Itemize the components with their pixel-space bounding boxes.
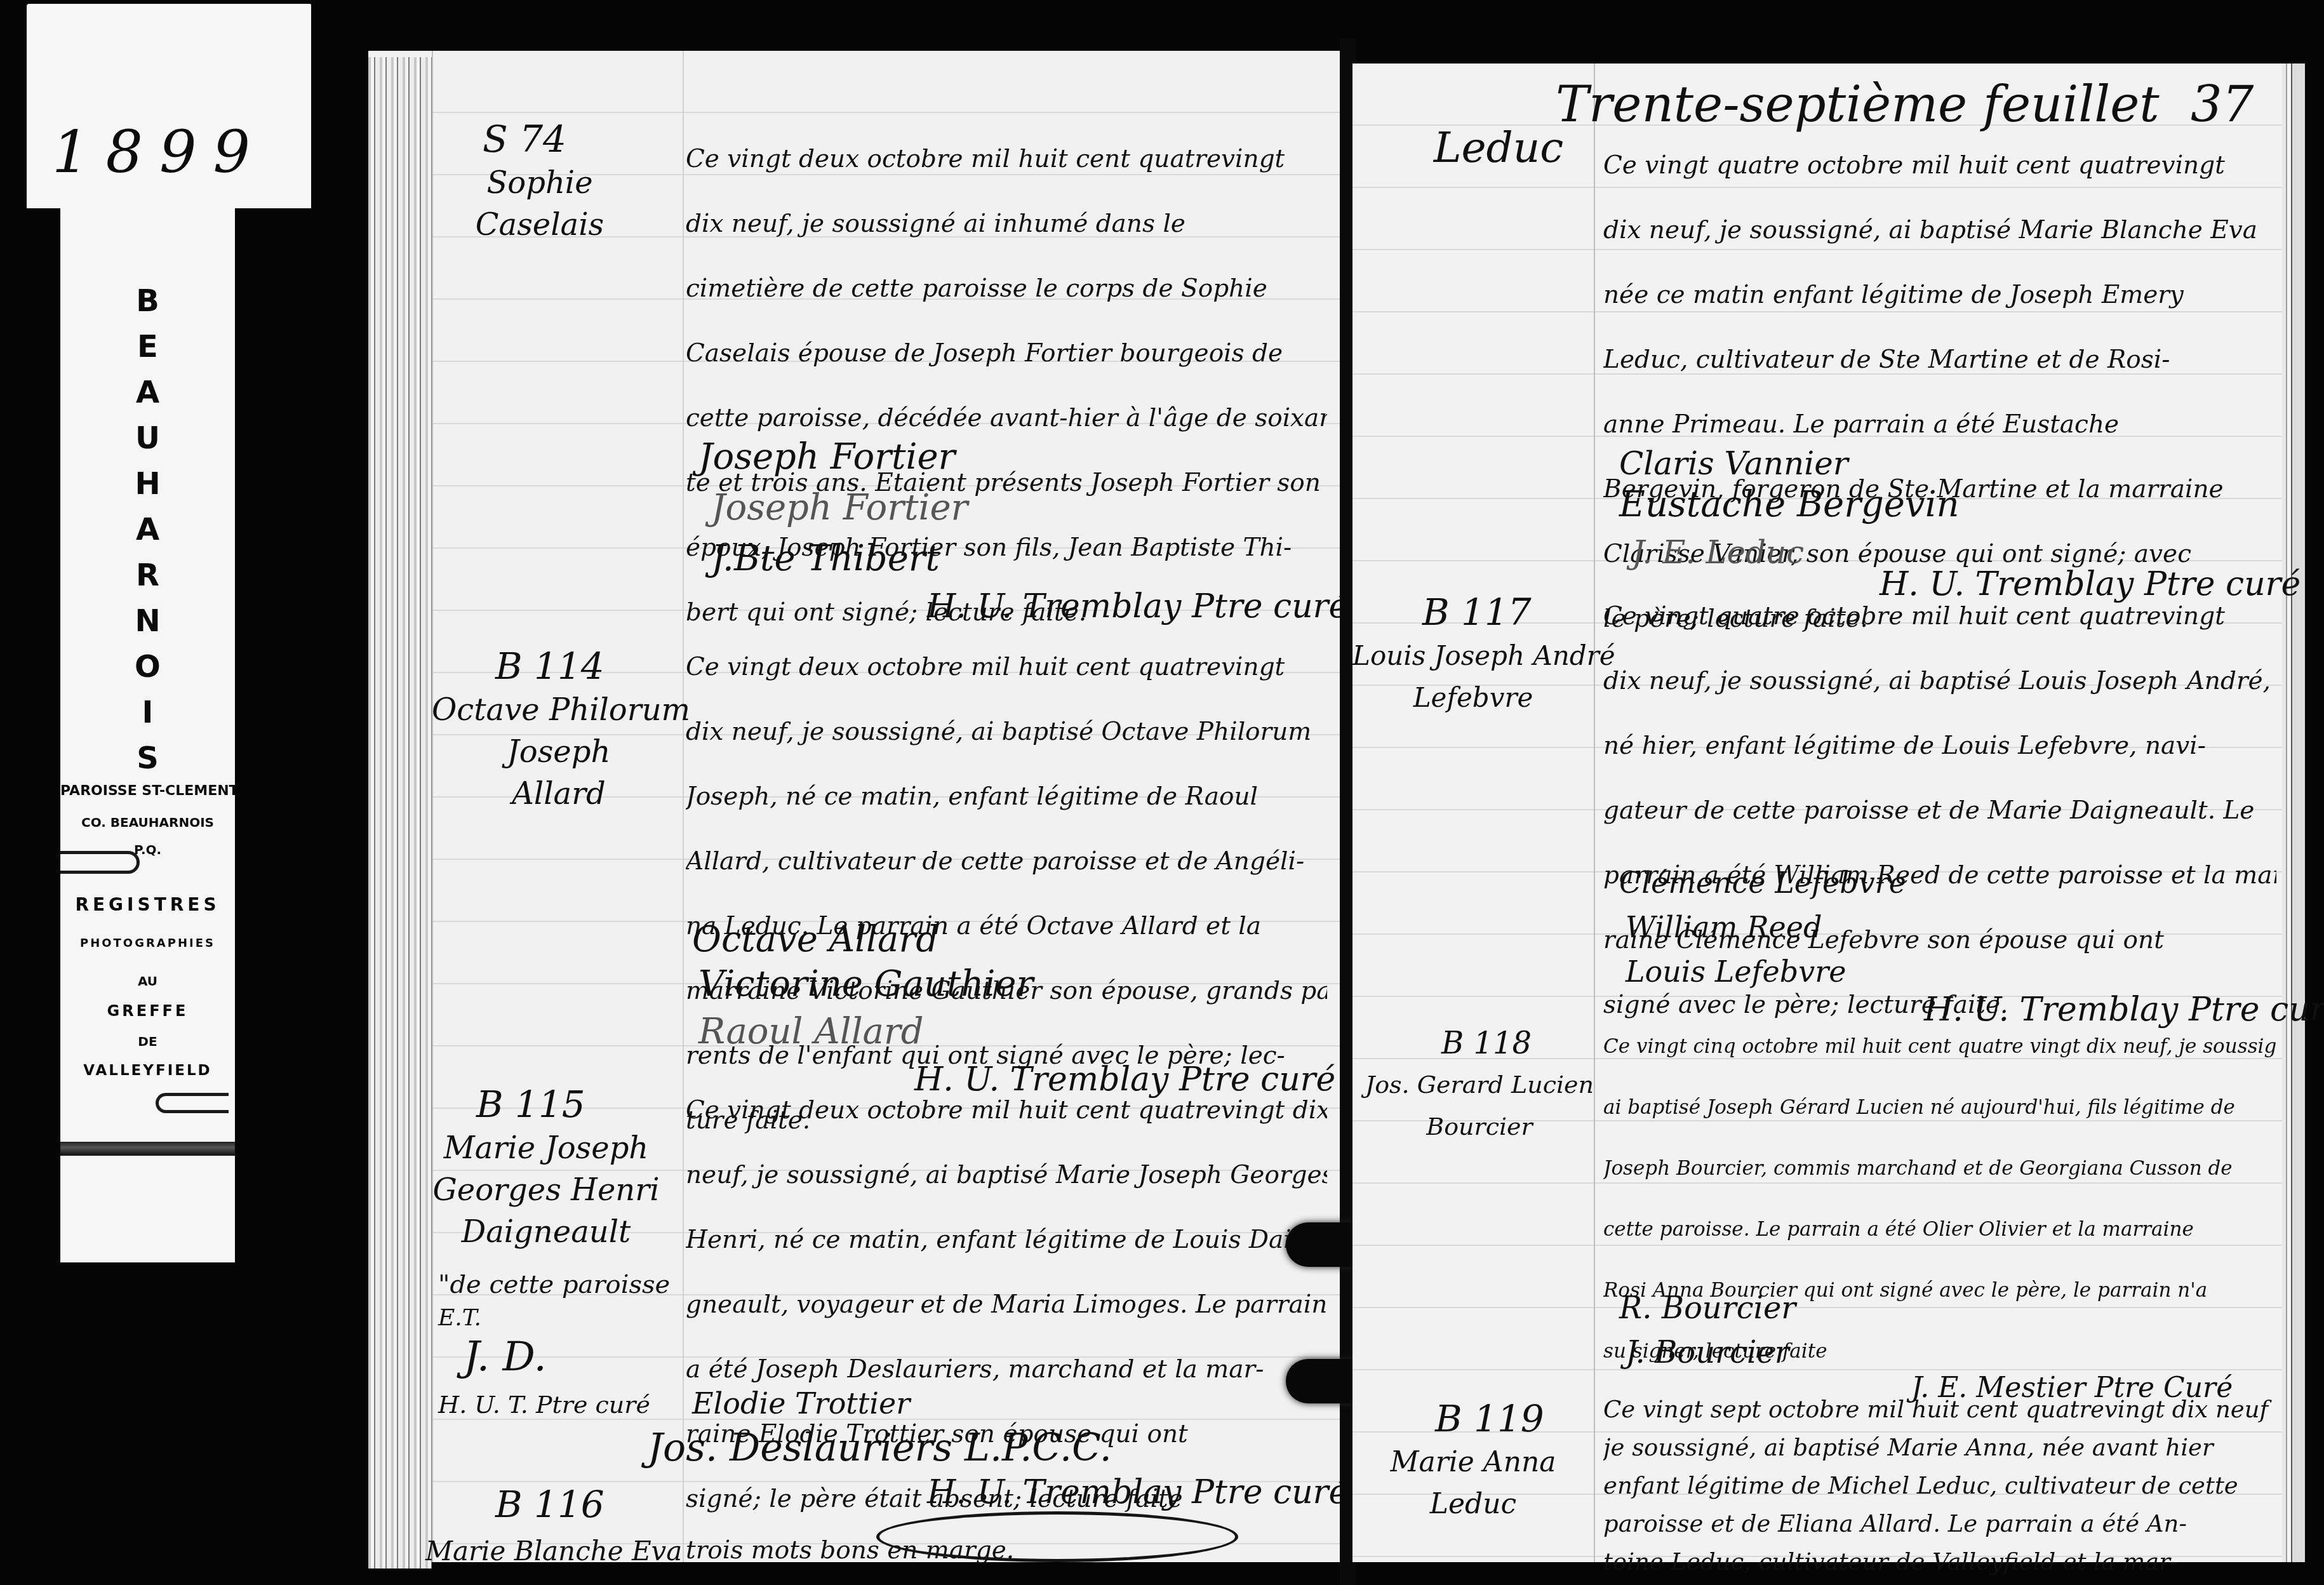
folio-header: Trente-septième feuillet <box>1556 76 2160 133</box>
entry-id: B 114 <box>495 645 604 688</box>
entry-id: B 117 <box>1422 591 1532 634</box>
text-line: cette paroisse. Le parrain a été Olier O… <box>1603 1199 2276 1260</box>
text-line: neuf, je soussigné, ai baptisé Marie Jos… <box>686 1143 1327 1208</box>
text-line: toine Leduc, cultivateur de Valleyfield … <box>1603 1543 2276 1581</box>
text-line: Ce vingt quatre octobre mil huit cent qu… <box>1603 584 2276 649</box>
text-line: Allard, cultivateur de cette paroisse et… <box>686 829 1327 894</box>
paperclip-icon <box>60 851 140 874</box>
name-line: Marie Anna <box>1359 1441 1587 1483</box>
county-label: CO. BEAUHARNOIS <box>60 815 235 830</box>
text-line: enfant légitime de Michel Leduc, cultiva… <box>1603 1467 2276 1505</box>
margin-note: "de cette paroisse <box>438 1270 670 1299</box>
vertical-title-letter: N <box>60 598 235 644</box>
entry-name: Sophie Caselais <box>438 162 641 246</box>
text-line: je soussigné, ai baptisé Marie Anna, née… <box>1603 1429 2276 1467</box>
name-line: Georges Henri <box>425 1169 667 1211</box>
vertical-title-letter: H <box>60 461 235 507</box>
text-line: gateur de cette paroisse et de Marie Dai… <box>1603 779 2276 843</box>
name-line: Louis Joseph André <box>1352 635 1594 677</box>
text-line: née ce matin enfant légitime de Joseph E… <box>1603 263 2276 328</box>
signature: Victorine Gauthier <box>698 959 1033 1010</box>
entry-text: Ce vingt sept octobre mil huit cent quat… <box>1603 1391 2276 1581</box>
name-line: Allard <box>432 773 686 815</box>
signature: J. Bourcier <box>1626 1327 1789 1378</box>
text-line: Caselais épouse de Joseph Fortier bourge… <box>686 321 1327 386</box>
vertical-title-letter: R <box>60 552 235 598</box>
text-line: Ce vingt deux octobre mil huit cent quat… <box>686 127 1327 192</box>
name-line: Sophie <box>438 162 641 204</box>
name-line: Lefebvre <box>1352 677 1594 719</box>
signature: J. E. Leduc <box>1632 527 1804 578</box>
entry-id: B 116 <box>495 1483 604 1526</box>
paperclip-icon <box>156 1093 229 1113</box>
text-line: dix neuf, je soussigné ai inhumé dans le <box>686 192 1327 257</box>
page-stack-edges <box>368 57 432 1568</box>
signature: Louis Lefebvre <box>1626 946 1846 997</box>
entry-id: B 119 <box>1435 1397 1544 1440</box>
photographies-label: PHOTOGRAPHIES <box>60 937 235 950</box>
name-line: Jos. Gerard Lucien <box>1359 1064 1600 1106</box>
text-line: ai baptisé Joseph Gérard Lucien né aujou… <box>1603 1077 2276 1138</box>
entry-id: B 115 <box>476 1083 585 1126</box>
text-line: Leduc, cultivateur de Ste Martine et de … <box>1603 328 2276 392</box>
text-line: Ce vingt deux octobre mil huit cent quat… <box>686 635 1327 700</box>
vertical-title-letter: S <box>60 735 235 781</box>
margin-note: H. U. T. Ptre curé <box>438 1391 650 1419</box>
priest-signature: H. U. Tremblay Ptre curé <box>927 587 1348 625</box>
vertical-title-letter: O <box>60 644 235 690</box>
text-line: Joseph, né ce matin, enfant légitime de … <box>686 765 1327 829</box>
valleyfield-label: VALLEYFIELD <box>60 1062 235 1079</box>
margin-note: J. D. <box>464 1334 547 1381</box>
archive-label-strip: BEAUHARNOIS PAROISSE ST-CLEMENT CO. BEAU… <box>60 208 235 1262</box>
text-line: dix neuf, je soussigné, ai baptisé Marie… <box>1603 198 2276 263</box>
text-line: Ce vingt cinq octobre mil huit cent quat… <box>1603 1016 2276 1077</box>
entry-name: Octave Philorum Joseph Allard <box>432 689 686 815</box>
text-line: cimetière de cette paroisse le corps de … <box>686 257 1327 321</box>
left-page: S 74 Sophie Caselais Ce vingt deux octob… <box>368 51 1346 1562</box>
page-stack-edges <box>2282 64 2305 1562</box>
signature: Elodie Trottier <box>692 1378 910 1429</box>
signature: R. Bourcier <box>1619 1283 1796 1334</box>
vertical-title-letter: A <box>60 507 235 552</box>
vertical-title-letter: E <box>60 324 235 370</box>
page-number: 37 <box>2191 76 2254 133</box>
year-card: 1899 <box>27 4 311 208</box>
name-line: Octave Philorum <box>432 689 686 731</box>
signature: Jos. Deslauriers L.P.C.C. <box>648 1422 1112 1473</box>
text-line: gneault, voyageur et de Maria Limoges. L… <box>686 1273 1327 1337</box>
registres-label: REGISTRES <box>60 894 235 915</box>
parish-label: PAROISSE ST-CLEMENT <box>60 783 235 799</box>
signature: Joseph Fortier <box>711 483 968 533</box>
name-line: Bourcier <box>1359 1106 1600 1147</box>
greffe-label: GREFFE <box>60 1002 235 1020</box>
name-line: Caselais <box>438 204 641 246</box>
signature: Eustache Bergevin <box>1619 479 1960 530</box>
text-line: Joseph Bourcier, commis marchand et de G… <box>1603 1138 2276 1199</box>
right-page: Trente-septième feuillet 37 Leduc Ce vin… <box>1352 64 2305 1562</box>
entry-name: Marie Joseph Georges Henri Daigneault <box>425 1127 667 1253</box>
text-line: dix neuf, je soussigné, ai baptisé Louis… <box>1603 649 2276 714</box>
entry-name: Jos. Gerard Lucien Bourcier <box>1359 1064 1600 1147</box>
vertical-title-letter: A <box>60 370 235 415</box>
name-line: Leduc <box>1359 1483 1587 1525</box>
text-line: né hier, enfant légitime de Louis Lefebv… <box>1603 714 2276 779</box>
entry-name: Marie Anna Leduc <box>1359 1441 1587 1525</box>
signature: Clémence Lefebvre <box>1619 857 1906 908</box>
signature: Raoul Allard <box>698 1007 924 1057</box>
name-line: Daigneault <box>425 1211 667 1253</box>
au-label: AU <box>60 973 235 989</box>
text-line: paroisse et de Eliana Allard. Le parrain… <box>1603 1505 2276 1543</box>
entry-id: B 118 <box>1441 1026 1532 1061</box>
text-line: Ce vingt sept octobre mil huit cent quat… <box>1603 1391 2276 1429</box>
tape-strip <box>60 1142 235 1156</box>
margin-line <box>1594 64 1595 1562</box>
text-line: Henri, né ce matin, enfant légitime de L… <box>686 1208 1327 1273</box>
text-line: dix neuf, je soussigné, ai baptisé Octav… <box>686 700 1327 765</box>
de-label: DE <box>60 1034 235 1049</box>
entry-name: Leduc <box>1416 127 1581 169</box>
vertical-title: BEAUHARNOIS <box>60 278 235 781</box>
vertical-title-letter: B <box>60 278 235 324</box>
text-line: Ce vingt quatre octobre mil huit cent qu… <box>1603 133 2276 198</box>
name-line: Joseph <box>432 731 686 773</box>
year-label: 1899 <box>52 118 267 186</box>
signature: J.Bte Thibert <box>711 533 940 584</box>
entry-name: Louis Joseph André Lefebvre <box>1352 635 1594 719</box>
entry-id: S 74 <box>483 117 566 161</box>
signature: William Reed <box>1626 902 1822 953</box>
text-line: Ce vingt deux octobre mil huit cent quat… <box>686 1078 1327 1143</box>
flourish-decoration <box>876 1511 1238 1562</box>
signature: Octave Allard <box>692 914 938 965</box>
priest-signature: H. U. Tremblay Ptre curé <box>927 1473 1348 1511</box>
name-line: Marie Joseph <box>425 1127 667 1169</box>
vertical-title-letter: I <box>60 690 235 735</box>
vertical-title-letter: U <box>60 415 235 461</box>
signature: Joseph Fortier <box>698 432 955 483</box>
margin-note: E.T. <box>438 1305 481 1331</box>
entry-name: Marie Blanche Eva <box>425 1530 679 1572</box>
